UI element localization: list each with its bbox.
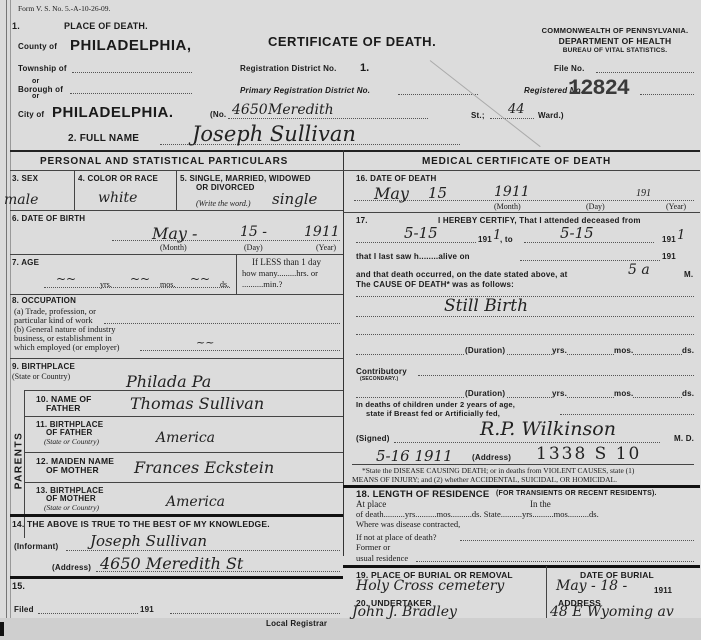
father-name-value: Thomas Sullivan — [130, 394, 264, 413]
mother-birthplace-hint: (State or Country) — [44, 503, 99, 512]
attended-to-year-hand: 1 — [677, 228, 685, 243]
mother-birthplace-label-2: OF MOTHER — [46, 494, 96, 503]
mother-name-label-2: OF MOTHER — [46, 465, 99, 475]
duration-ds-2: ds. — [682, 389, 694, 398]
bottom-margin — [0, 618, 701, 640]
city-value: PHILADELPHIA. — [52, 104, 174, 121]
duration-label-1: (Duration) — [464, 346, 506, 355]
less-than-day-3: ..........min.? — [242, 279, 282, 289]
physician-address-label: (Address) — [472, 453, 511, 462]
less-than-day-2: how many.........hrs. or — [242, 268, 318, 278]
at-place-label: At place — [356, 499, 386, 509]
divider — [236, 254, 237, 294]
duration-mos-1: mos. — [614, 346, 633, 355]
last-saw-year: 191 — [662, 252, 676, 261]
marital-label-2: OR DIVORCED — [196, 183, 255, 192]
attended-to-line — [524, 242, 654, 243]
dod-year-caption: (Year) — [666, 202, 686, 211]
informant-value: Joseph Sullivan — [90, 532, 207, 550]
attended-to-year: 191 — [662, 235, 676, 244]
filed-label: Filed — [14, 605, 34, 614]
age-label: 7. AGE — [12, 258, 39, 267]
filed-line — [38, 613, 138, 614]
father-birthplace-label-2: OF FATHER — [46, 428, 93, 437]
place-of-death-heading: PLACE OF DEATH. — [64, 21, 148, 31]
contracted-line — [460, 540, 694, 541]
duration-label-2: (Duration) — [464, 389, 506, 398]
dob-month-caption: (Month) — [160, 243, 187, 252]
father-name-label-2: FATHER — [46, 403, 81, 413]
birthplace-value: Philada Pa — [126, 372, 211, 391]
to-label: , to — [500, 235, 513, 244]
burial-date-value: May - 18 - — [556, 578, 627, 594]
residence-duration-line: of death..........yrs..........mos......… — [356, 509, 599, 519]
contributory-line — [418, 375, 694, 376]
cause-line-3 — [356, 334, 694, 335]
death-time: 5 a — [628, 262, 650, 278]
dob-line — [112, 240, 340, 241]
city-label: City of — [18, 110, 44, 119]
township-field — [72, 72, 192, 73]
attended-from-line — [356, 242, 476, 243]
marital-hint: (Write the word.) — [196, 199, 251, 208]
county-label: County of — [18, 42, 57, 51]
registrar-line — [170, 613, 340, 614]
divider — [10, 150, 700, 152]
dob-label: 6. DATE OF BIRTH — [12, 214, 85, 223]
registered-no-stamp: 12824 — [568, 76, 629, 101]
cause-line-2 — [356, 316, 694, 317]
sex-value: male — [4, 192, 38, 208]
age-years: ~~ — [56, 272, 76, 286]
informant-label: (Informant) — [14, 542, 58, 551]
duration-line-1 — [356, 354, 694, 355]
race-value: white — [98, 190, 137, 206]
children-text-2: state if Breast fed or Artificially fed, — [366, 409, 500, 418]
statement-14: 14. THE ABOVE IS TRUE TO THE BEST OF MY … — [12, 519, 270, 529]
attended-to: 5-15 — [560, 224, 594, 242]
duration-yrs-2: yrs. — [552, 389, 567, 398]
contributory-label: Contributory — [356, 367, 407, 376]
informant-address-value: 4650 Meredith St — [100, 554, 243, 573]
edge-mark — [0, 622, 4, 636]
race-label: 4. COLOR OR RACE — [78, 174, 158, 183]
left-border-inner — [10, 0, 11, 620]
divider — [176, 170, 177, 210]
dod-month: May — [374, 184, 409, 203]
dob-day: 15 - — [240, 224, 267, 240]
physician-address: 1338 S 10 — [536, 444, 641, 464]
divider — [352, 464, 694, 465]
divider — [343, 565, 700, 568]
occupation-a-line — [104, 323, 340, 324]
duration-line-2 — [356, 397, 694, 398]
divider — [10, 514, 343, 517]
file-no-label: File No. — [554, 64, 585, 73]
divider — [24, 390, 343, 391]
local-registrar-label: Local Registrar — [266, 619, 327, 628]
dob-month: May - — [152, 224, 197, 243]
undertaker-value: John J. Bradley — [352, 604, 457, 620]
dod-day: 15 — [428, 184, 447, 202]
usual-residence-label: usual residence — [356, 553, 408, 563]
ward-line — [490, 118, 534, 119]
dod-label: 16. DATE OF DEATH — [356, 174, 436, 183]
divider — [10, 294, 343, 295]
attended-from-year: 191 — [478, 235, 492, 244]
occupation-value: ~~ — [196, 336, 214, 349]
where-contracted-label: Where was disease contracted, — [356, 519, 460, 529]
marital-value: single — [272, 190, 317, 208]
informant-address-label: (Address) — [52, 563, 91, 572]
township-label: Township of — [18, 64, 67, 73]
divider — [10, 210, 343, 211]
divider — [10, 254, 343, 255]
duration-mos-2: mos. — [614, 389, 633, 398]
footnote-1: *State the DISEASE CAUSING DEATH; or in … — [362, 466, 634, 475]
mother-birthplace-value: America — [166, 494, 225, 510]
certify-number: 17. — [356, 216, 368, 225]
in-the-label: In the — [530, 499, 551, 509]
age-yrs-label: yrs. — [100, 280, 112, 289]
personal-heading: PERSONAL AND STATISTICAL PARTICULARS — [40, 156, 288, 167]
occupation-b-line — [140, 350, 340, 351]
last-saw-line — [520, 260, 660, 261]
birthplace-hint: (State or Country) — [12, 372, 70, 381]
footnote-2: MEANS OF INJURY; and (2) whether ACCIDEN… — [352, 475, 617, 484]
street-name: Meredith — [268, 102, 334, 118]
dod-day-caption: (Day) — [586, 202, 605, 211]
full-name-value: Joseph Sullivan — [192, 122, 356, 146]
informant-line — [66, 550, 340, 551]
agency-line-2: DEPARTMENT OF HEALTH — [525, 36, 701, 46]
burial-place-value: Holy Cross cemetery — [356, 578, 504, 594]
street-line — [228, 118, 428, 119]
dod-year-printed: 191 — [636, 188, 651, 199]
signed-line — [394, 442, 660, 443]
duration-yrs-1: yrs. — [552, 346, 567, 355]
divider — [10, 576, 343, 579]
filed-year: 191 — [140, 605, 154, 614]
ward-label: Ward.) — [538, 111, 564, 120]
dod-year-written: 1911 — [494, 184, 530, 200]
registration-district-label: Registration District No. — [240, 64, 337, 73]
duration-ds-1: ds. — [682, 346, 694, 355]
feeding-line — [560, 414, 694, 415]
divider — [24, 416, 343, 417]
usual-residence-line — [416, 561, 694, 562]
former-label: Former or — [356, 542, 390, 552]
section-15: 15. — [12, 581, 25, 591]
divider — [343, 485, 700, 488]
age-ds-label: ds. — [220, 280, 229, 289]
divider — [24, 452, 343, 453]
dod-month-caption: (Month) — [494, 202, 521, 211]
father-birthplace-value: America — [156, 430, 215, 446]
occupation-hint-b3: which employed (or employer) — [14, 342, 120, 352]
death-certificate: Form V. S. No. 5.-A-10-26-09. 1. PLACE O… — [0, 0, 701, 640]
birthplace-label: 9. BIRTHPLACE — [12, 362, 75, 371]
registered-line — [640, 94, 694, 95]
sign-date: 5-16 1911 — [376, 447, 453, 465]
less-than-day-1: If LESS than 1 day — [252, 257, 321, 267]
divider — [546, 566, 547, 618]
borough-field — [70, 93, 192, 94]
county-value: PHILADELPHIA, — [70, 37, 192, 54]
dob-year: 1911 — [304, 224, 340, 240]
left-border — [6, 0, 7, 620]
column-divider — [343, 150, 344, 556]
medical-heading: MEDICAL CERTIFICATE OF DEATH — [422, 156, 611, 167]
agency-line-3: BUREAU OF VITAL STATISTICS. — [525, 47, 701, 54]
age-line — [44, 287, 230, 288]
undertaker-address-value: 48 E Wyoming av — [550, 604, 674, 620]
primary-registration-label: Primary Registration District No. — [240, 86, 370, 95]
attended-from: 5-15 — [404, 224, 438, 242]
physician-signature: R.P. Wilkinson — [480, 418, 616, 440]
st-label: St.; — [471, 111, 485, 120]
children-text-1: In deaths of children under 2 years of a… — [356, 400, 515, 409]
certify-text: I HEREBY CERTIFY, That I attended deceas… — [438, 216, 641, 225]
section-1-number: 1. — [12, 21, 20, 31]
dob-year-caption: (Year) — [316, 243, 336, 252]
secondary-label: (SECONDARY.) — [360, 376, 398, 382]
occupation-label: 8. OCCUPATION — [12, 296, 76, 305]
cause-of-death-value: Still Birth — [444, 296, 528, 316]
residence-label-note: (FOR TRANSIENTS OR RECENT RESIDENTS). — [496, 490, 657, 497]
agency-line-1: COMMONWEALTH OF PENNSYLVANIA. — [525, 26, 701, 35]
signed-label: (Signed) — [356, 434, 390, 443]
borough-label: Borough of — [18, 85, 63, 94]
cause-label: The CAUSE OF DEATH* was as follows: — [356, 280, 514, 289]
or-text: or — [32, 78, 39, 85]
file-no-field — [596, 72, 694, 73]
primary-registration-field — [398, 94, 478, 95]
ward-value: 44 — [508, 102, 525, 117]
if-not-label: If not at place of death? — [356, 532, 436, 542]
marital-label: 5. SINGLE, MARRIED, WIDOWED — [180, 174, 311, 183]
age-mos-label: mos. — [160, 280, 175, 289]
street-no-label: (No. — [210, 110, 226, 119]
sex-label: 3. SEX — [12, 174, 38, 183]
divider — [24, 482, 343, 483]
divider — [343, 212, 700, 213]
death-time-meridian: M. — [684, 270, 693, 279]
certificate-title: CERTIFICATE OF DEATH. — [268, 34, 436, 49]
full-name-label: 2. FULL NAME — [68, 133, 139, 144]
parents-side-label: PARENTS — [14, 431, 25, 491]
father-birthplace-hint: (State or Country) — [44, 437, 99, 446]
divider — [343, 170, 700, 171]
dob-day-caption: (Day) — [244, 243, 263, 252]
age-months: ~~ — [130, 272, 150, 286]
burial-year: 1911 — [654, 586, 672, 595]
registration-district-value: 1. — [360, 62, 369, 74]
or-text: or — [32, 93, 39, 100]
last-saw-text: that I last saw h........alive on — [356, 252, 470, 261]
mother-name-value: Frances Eckstein — [134, 458, 274, 477]
age-days: ~~ — [190, 272, 210, 286]
street-number: 4650 — [232, 102, 268, 118]
form-number: Form V. S. No. 5.-A-10-26-09. — [18, 4, 110, 13]
divider — [10, 358, 343, 359]
divider — [74, 170, 75, 210]
md-label: M. D. — [674, 434, 694, 443]
death-occurred-text: and that death occurred, on the date sta… — [356, 270, 568, 279]
